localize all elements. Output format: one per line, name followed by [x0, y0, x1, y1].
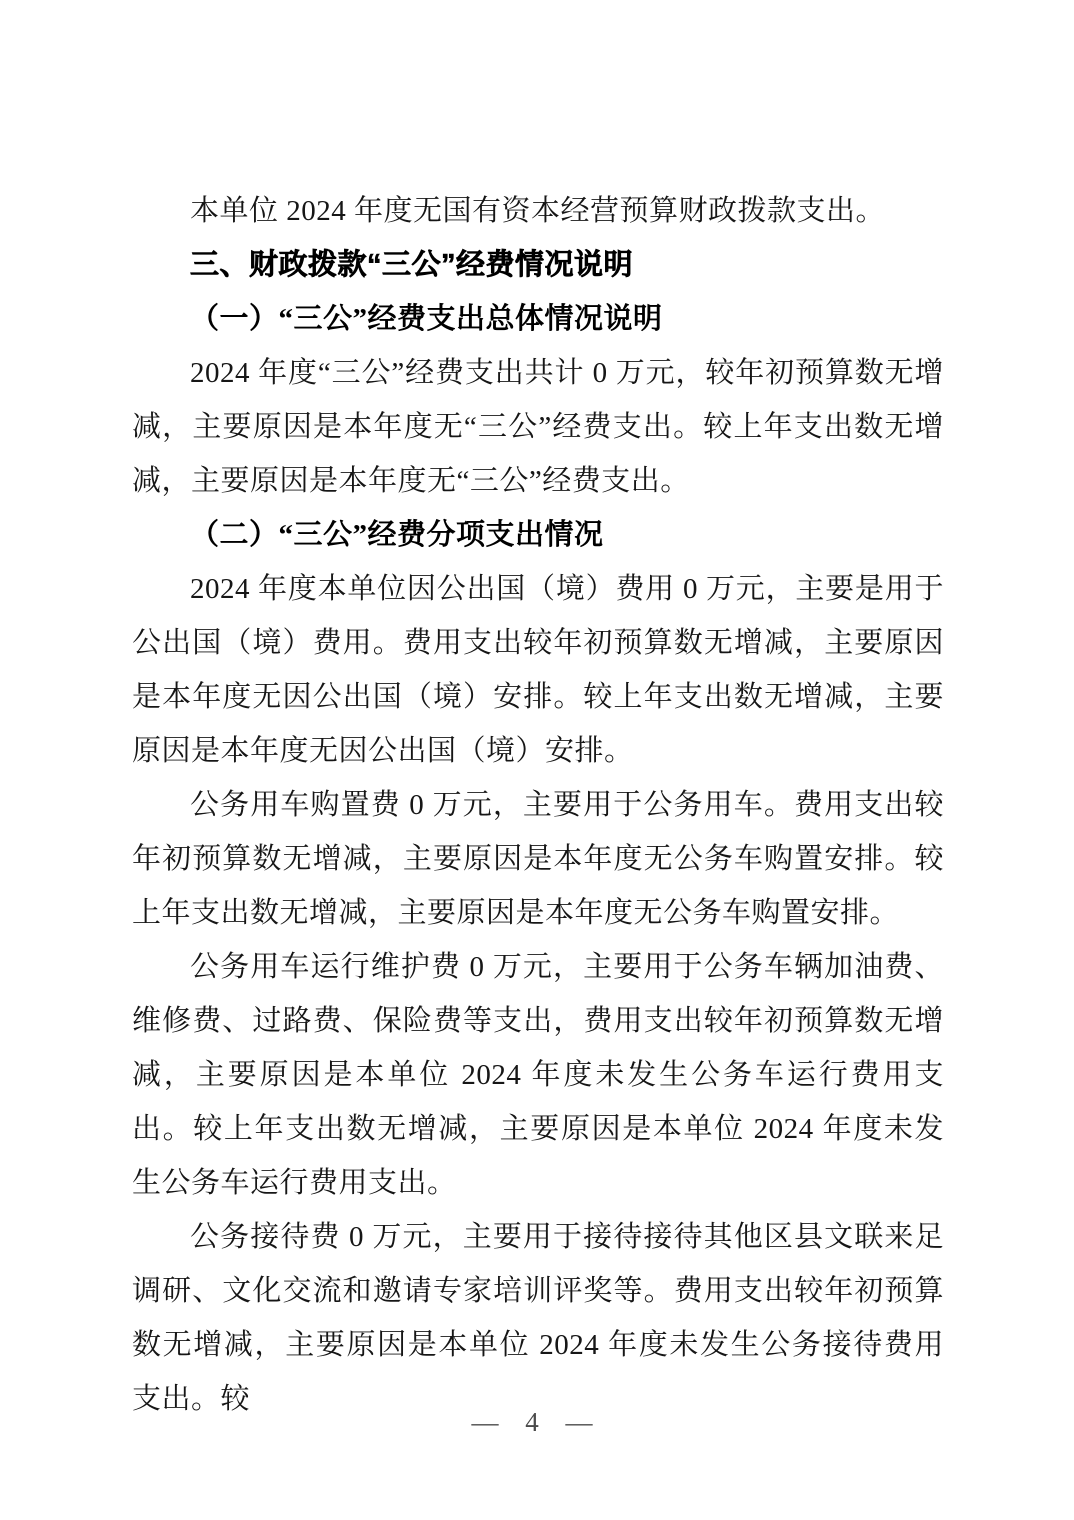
paragraph-official-reception-expense: 公务接待费 0 万元，主要用于接待接待其他区县文联来足调研、文化交流和邀请专家培… [132, 1210, 944, 1426]
paragraph-vehicle-operation-expense: 公务用车运行维护费 0 万元，主要用于公务车辆加油费、维修费、过路费、保险费等支… [132, 940, 944, 1210]
paragraph-overall-expense: 2024 年度“三公”经费支出共计 0 万元，较年初预算数无增减，主要原因是本年… [132, 346, 944, 508]
paragraph-state-capital-note: 本单位 2024 年度无国有资本经营预算财政拨款支出。 [132, 184, 944, 238]
section-heading-three-public-funds: 三、财政拨款“三公”经费情况说明 [132, 238, 944, 292]
paragraph-overseas-travel-expense: 2024 年度本单位因公出国（境）费用 0 万元，主要是用于公出国（境）费用。费… [132, 562, 944, 778]
subsection-heading-itemized-expense: （二）“三公”经费分项支出情况 [132, 508, 944, 562]
page-footer: — 4 — [0, 1402, 1074, 1442]
document-body: 本单位 2024 年度无国有资本经营预算财政拨款支出。 三、财政拨款“三公”经费… [132, 184, 944, 1426]
document-page: 本单位 2024 年度无国有资本经营预算财政拨款支出。 三、财政拨款“三公”经费… [0, 0, 1074, 1520]
page-number: — 4 — [472, 1407, 603, 1437]
paragraph-vehicle-purchase-expense: 公务用车购置费 0 万元，主要用于公务用车。费用支出较年初预算数无增减，主要原因… [132, 778, 944, 940]
subsection-heading-overall-expense: （一）“三公”经费支出总体情况说明 [132, 292, 944, 346]
